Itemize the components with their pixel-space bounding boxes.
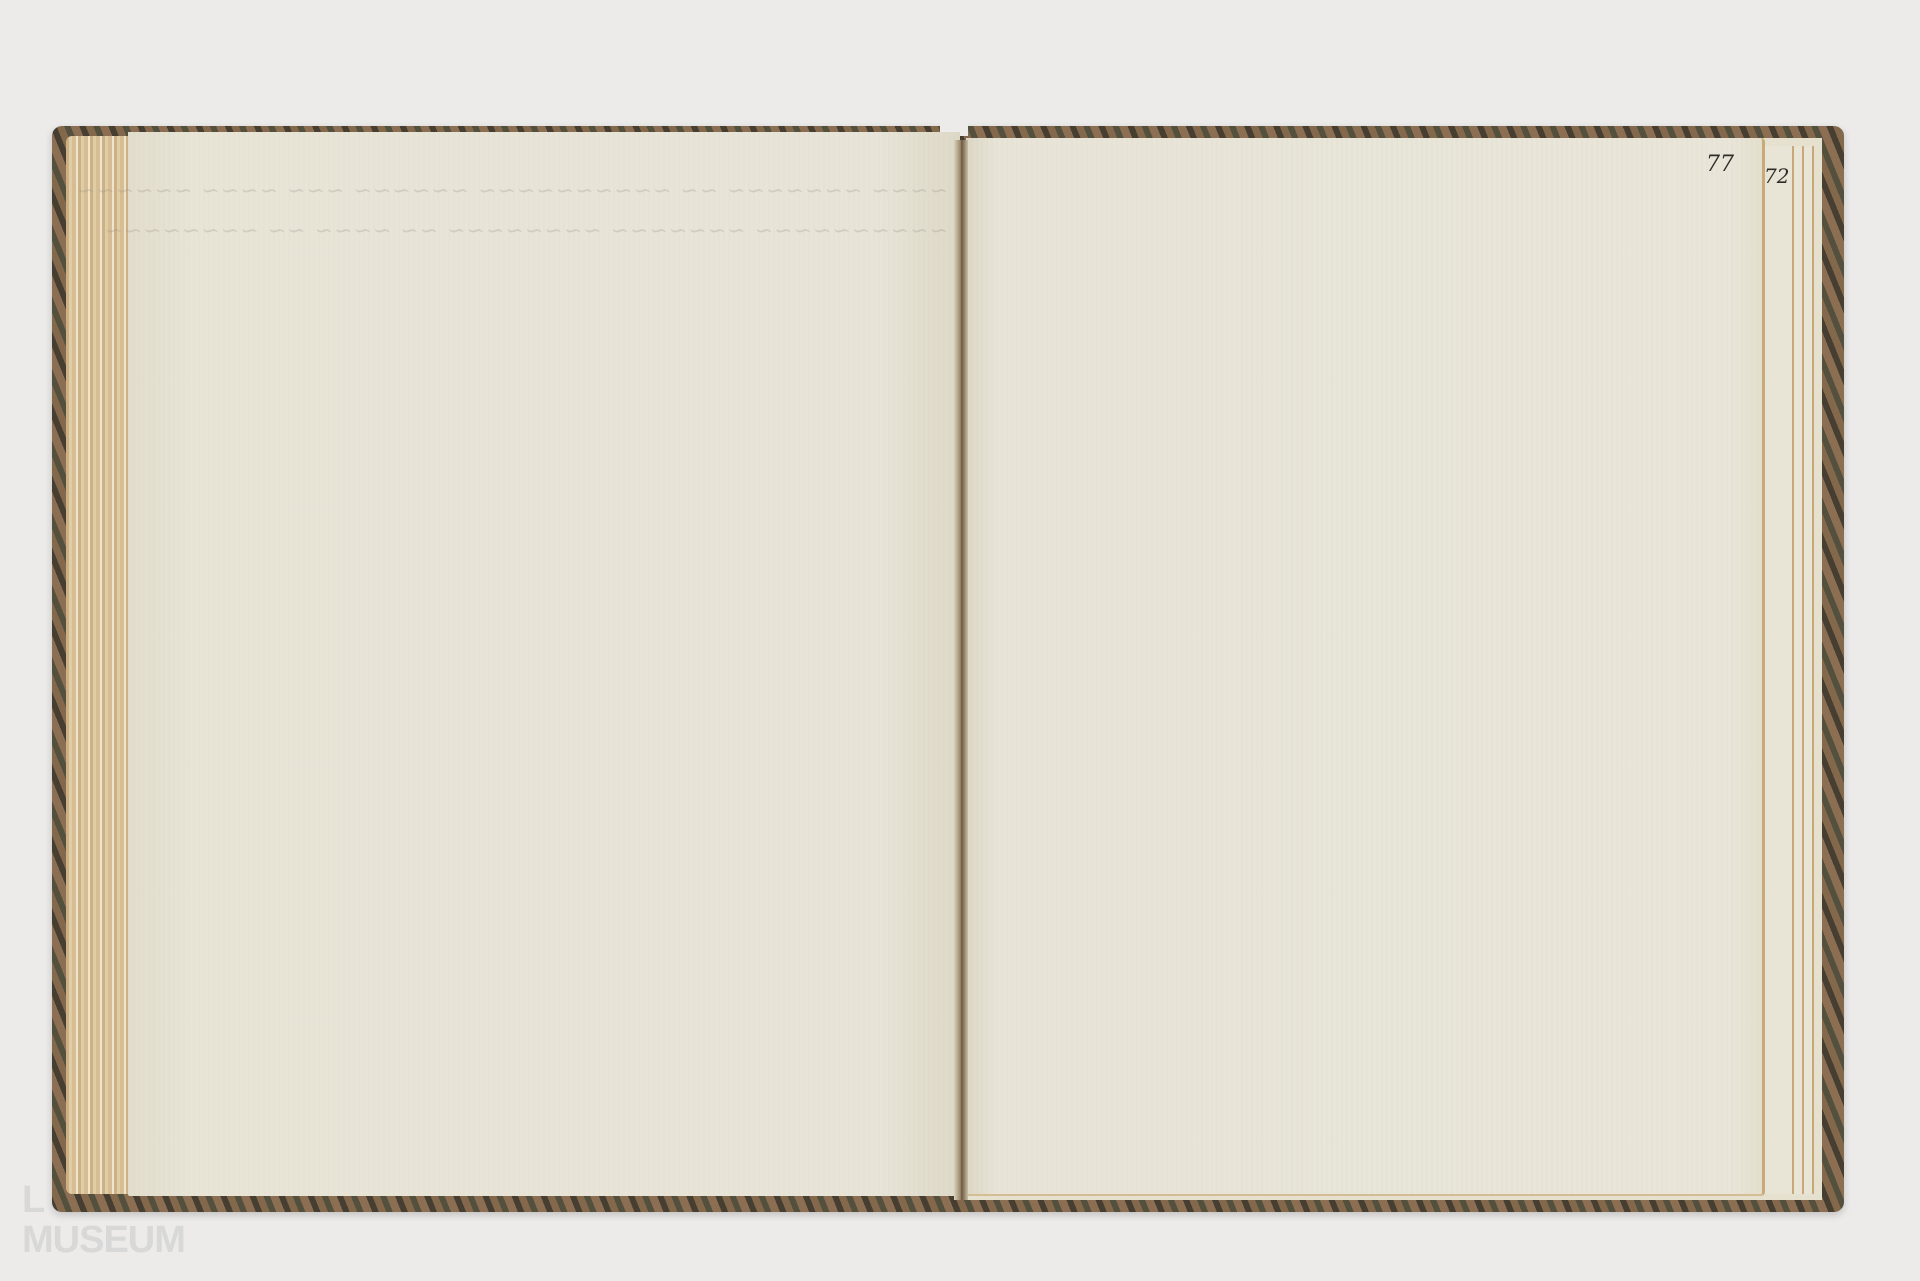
watermark-line2: MUSEUM	[22, 1220, 185, 1260]
left-page: ~~~~ ~~~~~~~ ~~ ~~~~~~~~~~ ~~~~~~ ~~~ ~~…	[128, 132, 960, 1196]
book-gutter	[954, 140, 968, 1200]
folio-number: 77	[1706, 152, 1734, 177]
bleed-line: ~~~~~~~~~~ ~~~~~~~ ~~~~~~~~ ~~ ~~~~ ~~ ~…	[158, 212, 948, 252]
left-page-stack-edge	[66, 136, 132, 1194]
right-page	[966, 138, 1765, 1196]
watermark-line1: L	[22, 1180, 185, 1220]
underlying-folio-number: 72	[1764, 164, 1789, 188]
photo-scene: ~~~~ ~~~~~~~ ~~ ~~~~~~~~~~ ~~~~~~ ~~~ ~~…	[0, 0, 1920, 1281]
bleed-through-text: ~~~~ ~~~~~~~ ~~ ~~~~~~~~~~ ~~~~~~ ~~~ ~~…	[158, 172, 948, 252]
laid-paper-texture	[966, 138, 1762, 1194]
bleed-line: ~~~~ ~~~~~~~ ~~ ~~~~~~~~~~ ~~~~~~ ~~~ ~~…	[158, 172, 948, 212]
museum-watermark: L MUSEUM	[22, 1180, 185, 1260]
laid-paper-texture	[128, 132, 960, 1196]
